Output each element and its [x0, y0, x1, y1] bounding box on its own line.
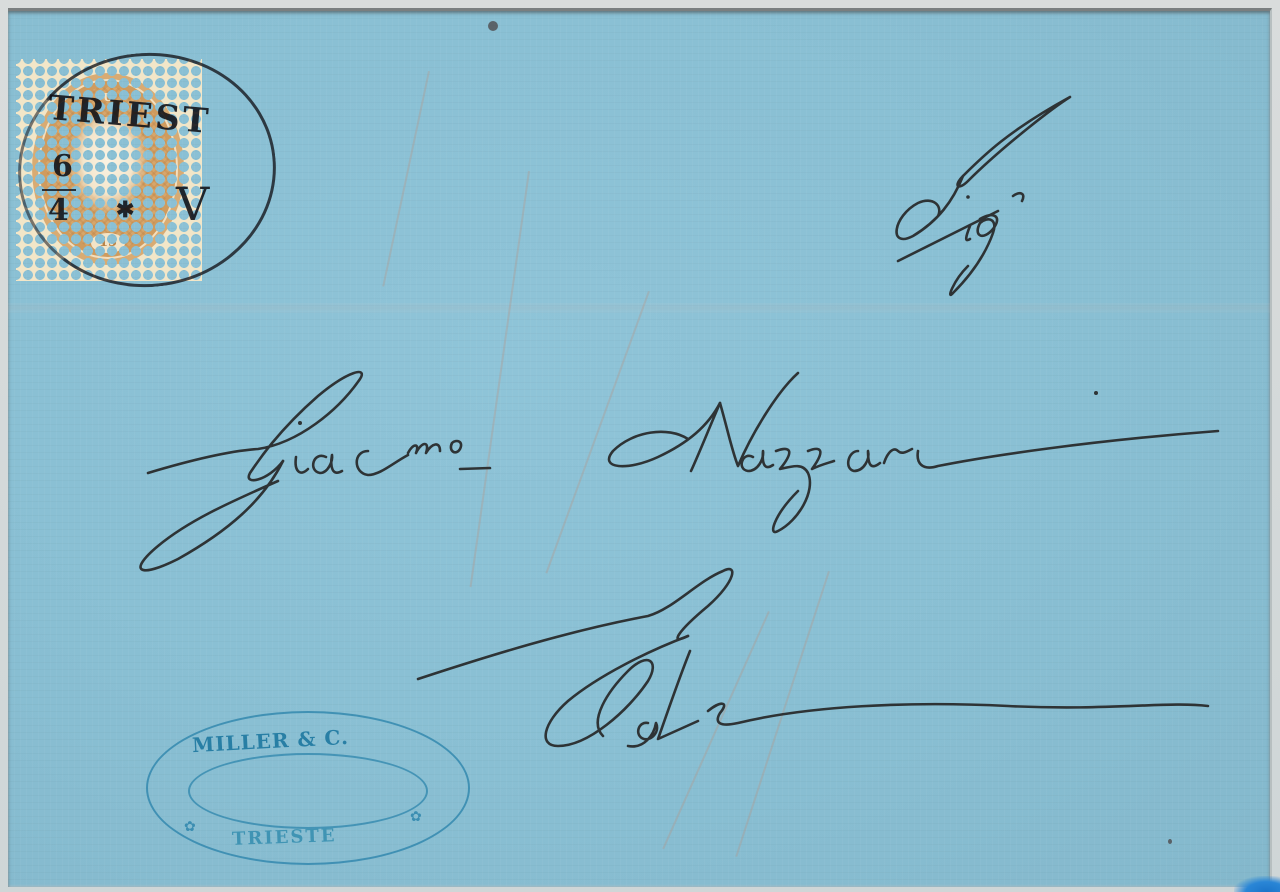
- company-cachet: MILLER & C. ✿ ✿ TRIESTE: [146, 711, 470, 865]
- postal-cover: U 15 TRIEST 6 4 ✱ V: [8, 8, 1272, 887]
- cachet-ornament-icon: ✿: [410, 809, 422, 825]
- handwriting-recipient-first: [141, 372, 490, 570]
- cachet-company-name: MILLER & C.: [191, 725, 349, 757]
- scan-corner-mark: [1234, 876, 1280, 892]
- cachet-ornament-icon: ✿: [184, 819, 196, 835]
- cachet-inner-ring: [188, 753, 428, 829]
- handwriting-recipient-last: [609, 373, 1218, 532]
- handwriting-destination: [418, 569, 1208, 746]
- cachet-city: TRIESTE: [232, 825, 337, 850]
- handwriting-salutation: [897, 97, 1070, 295]
